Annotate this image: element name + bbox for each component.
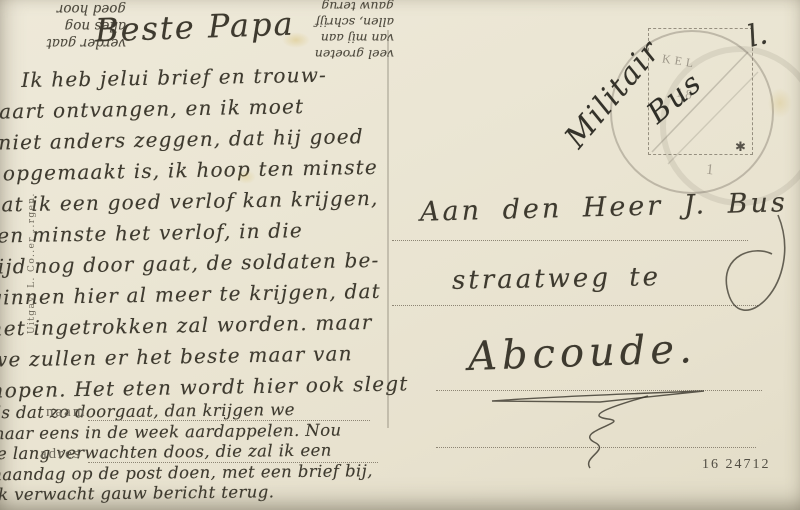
address-dotted-line-4 — [436, 435, 756, 448]
address-dotted-line-1 — [392, 228, 748, 241]
abcoude-underline-flourish — [492, 391, 704, 402]
publisher-imprint: Uitgav. L. Co..er ..rgen. — [27, 192, 37, 334]
address-line-town: Abcoude. — [467, 326, 697, 380]
address-field-label: adres — [40, 446, 82, 463]
abcoude-squiggle-flourish — [589, 396, 648, 468]
name-field-label: naam — [46, 404, 86, 421]
message-salutation: Beste Papa — [94, 5, 295, 50]
address-line-recipient: Aan den Heer J. Bus — [420, 187, 788, 228]
name-field-dotted-line — [88, 408, 370, 421]
postmark-star-icon: ✱ — [735, 140, 746, 155]
serial-number: 16 24712 — [702, 457, 771, 473]
postcard-back: verder gaat alles nog goed hoor veel gro… — [0, 0, 800, 510]
message-line: ik verwacht gauw bericht terug. — [0, 481, 423, 506]
message-body: Ik heb jelui brief en trouw- kaart ontva… — [0, 58, 411, 406]
address-field-dotted-line — [88, 450, 378, 463]
address-dotted-line-3 — [436, 378, 762, 391]
address-dotted-line-2 — [392, 293, 758, 306]
address-line-street: straatweg te — [452, 262, 662, 296]
